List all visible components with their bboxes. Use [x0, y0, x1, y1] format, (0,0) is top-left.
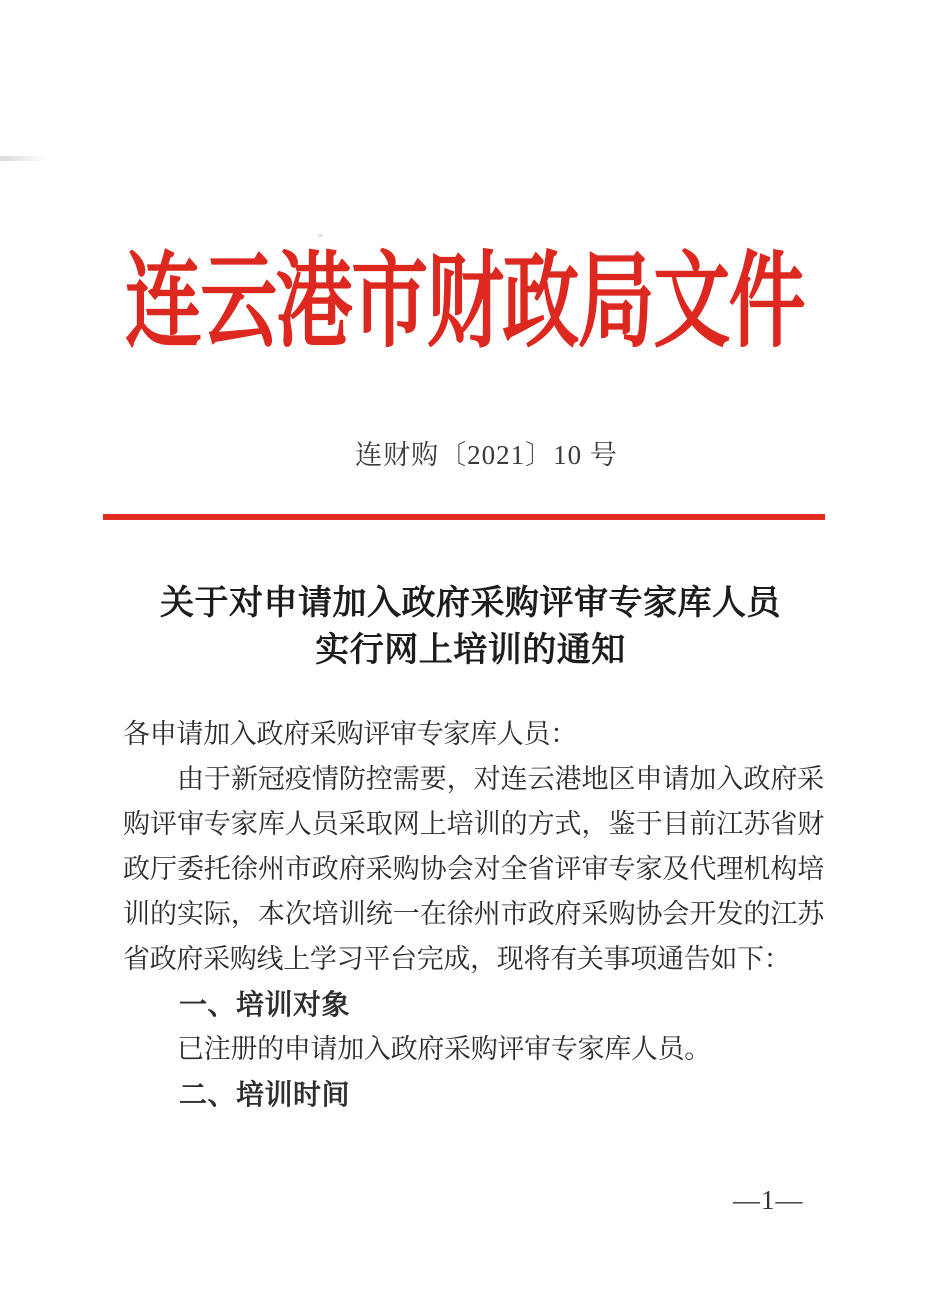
salutation-line: 各申请加入政府采购评审专家库人员： — [123, 712, 824, 757]
scan-smudge — [0, 156, 48, 161]
document-page: 连云港市财政局文件 连财购〔2021〕10 号 关于对申请加入政府采购评审专家库… — [0, 0, 929, 1313]
letterhead-divider-rule — [103, 514, 825, 520]
notice-title-line1: 关于对申请加入政府采购评审专家库人员 — [160, 585, 781, 622]
notice-title: 关于对申请加入政府采购评审专家库人员 实行网上培训的通知 — [6, 580, 929, 674]
letterhead-agency-title: 连云港市财政局文件 — [121, 243, 808, 363]
notice-title-line2: 实行网上培训的通知 — [315, 632, 626, 669]
scan-speck — [318, 234, 323, 237]
notice-body: 各申请加入政府采购评审专家库人员： 由于新冠疫情防控需要，对连云港地区申请加入政… — [123, 712, 824, 1117]
page-number: —1— — [733, 1184, 804, 1216]
document-number: 连财购〔2021〕10 号 — [22, 438, 929, 472]
section-1-body: 已注册的申请加入政府采购评审专家库人员。 — [123, 1027, 824, 1072]
section-2-heading: 二、培训时间 — [123, 1072, 824, 1117]
intro-paragraph: 由于新冠疫情防控需要，对连云港地区申请加入政府采购评审专家库人员采取网上培训的方… — [123, 757, 824, 982]
section-1-heading: 一、培训对象 — [123, 982, 824, 1027]
